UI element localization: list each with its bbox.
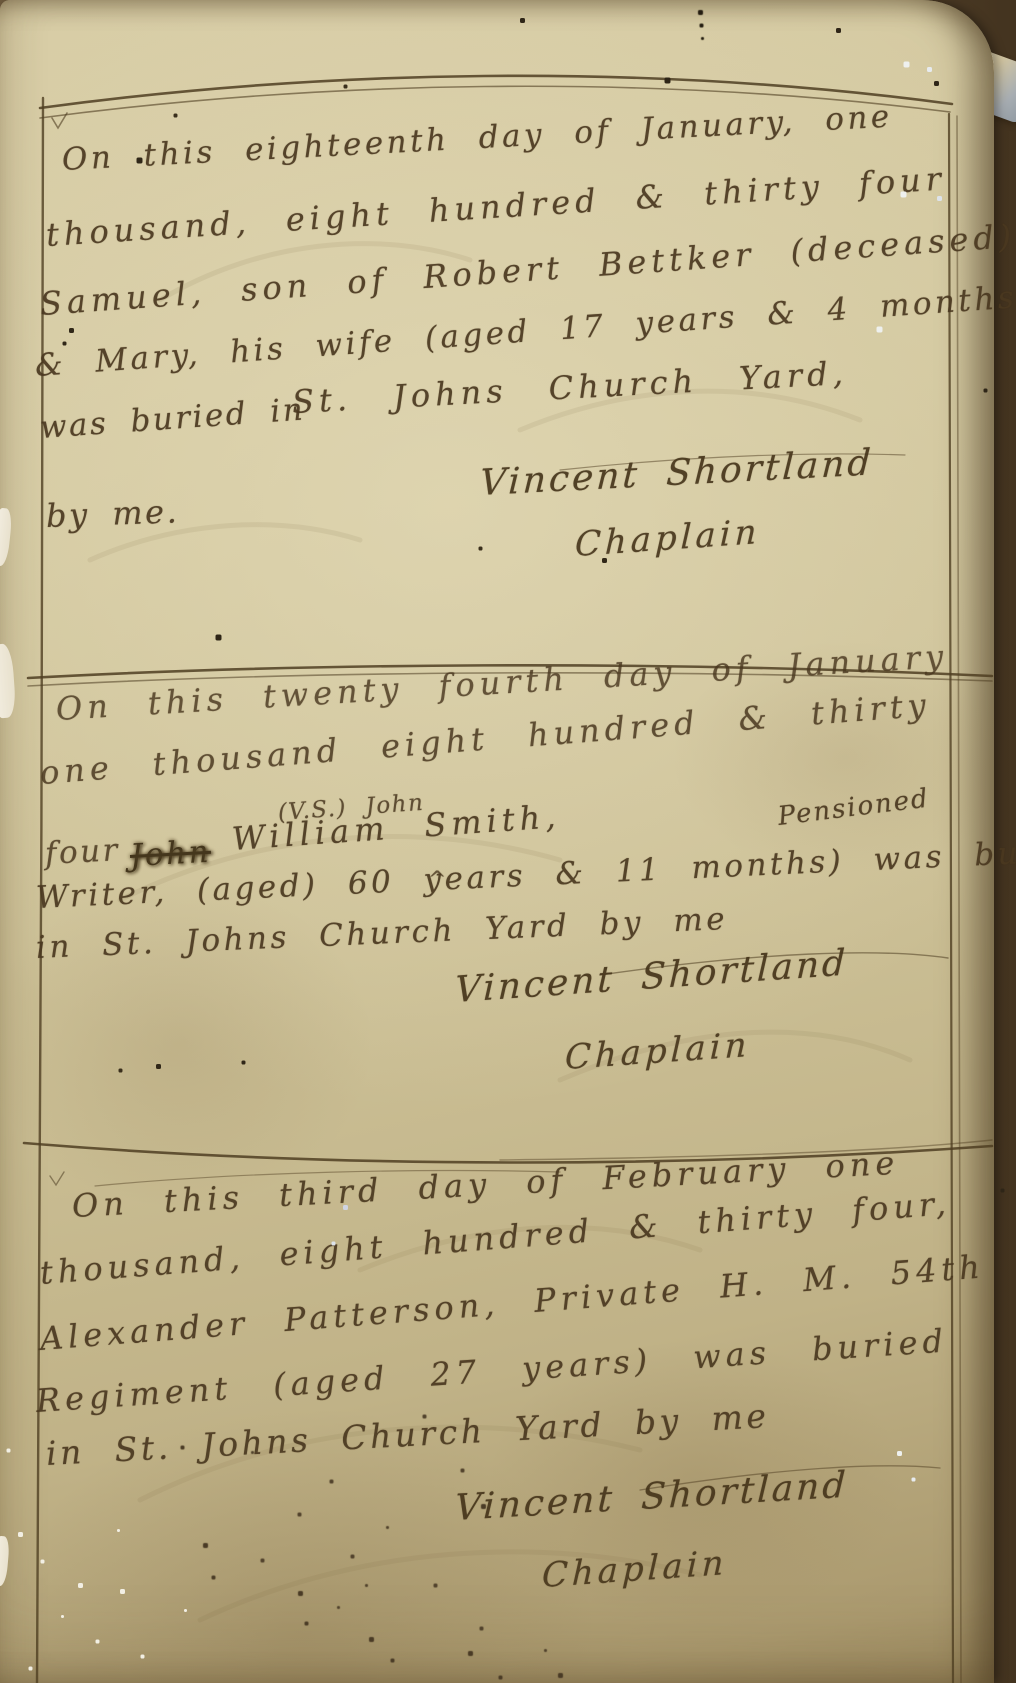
struck-out-name: John <box>129 834 212 874</box>
photographed-register-scene: On this eighteenth day of January, one t… <box>0 0 1016 1683</box>
entry-line: by me. <box>45 492 179 535</box>
entry-line: four <box>44 832 121 872</box>
paper-holes <box>0 0 1 1</box>
register-page: On this eighteenth day of January, one t… <box>0 0 994 1683</box>
